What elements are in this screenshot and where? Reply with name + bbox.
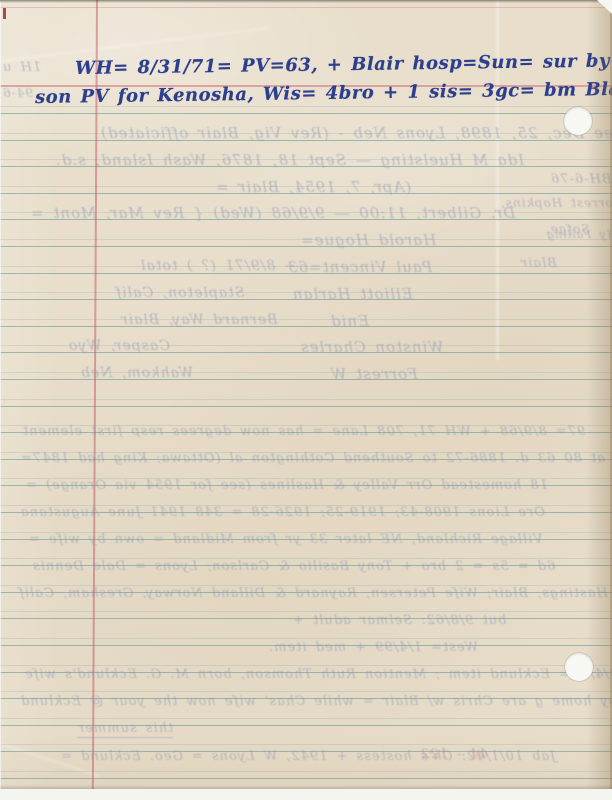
scanned-page: 1H u94-6nee Dec, 25, 1898, Lyons Neb - (… [0, 0, 612, 800]
ink-annotation-layer: WH= 8/31/71= PV=63, + Blair hosp=Sun= su… [0, 0, 612, 789]
handwritten-ink-line: WH= 8/31/71= PV=63, + Blair hosp=Sun= su… [75, 49, 612, 79]
top-edge-shadow [0, 0, 612, 3]
scanner-background [0, 789, 612, 800]
punch-hole [564, 107, 592, 135]
paper-sheet: 1H u94-6nee Dec, 25, 1898, Lyons Neb - (… [0, 0, 612, 789]
punch-hole [565, 653, 593, 681]
handwritten-ink-line: son PV for Kenosha, Wis= 4bro + 1 sis= 3… [35, 79, 612, 108]
left-edge-highlight [0, 0, 1, 789]
